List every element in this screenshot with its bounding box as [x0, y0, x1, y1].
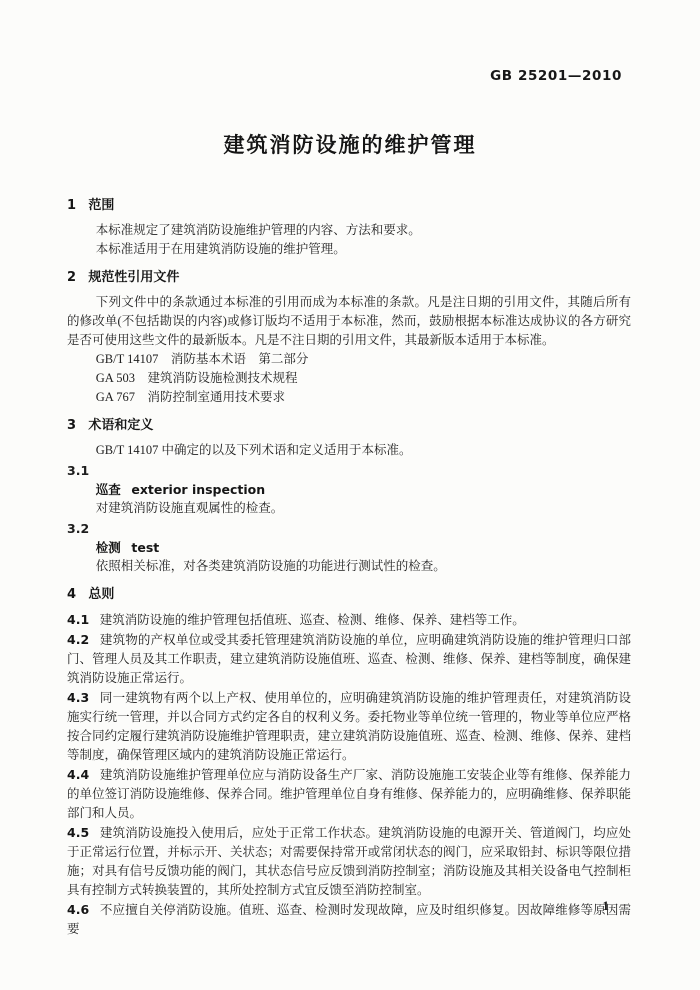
clause-text: 建筑物的产权单位或受其委托管理建筑消防设施的单位，应明确建筑消防设施的维护管理归…: [67, 633, 631, 685]
section-1-title: 范围: [88, 198, 114, 213]
clause-number: 4.4: [67, 767, 89, 782]
clause-4-5: 4.5建筑消防设施投入使用后，应处于正常工作状态。建筑消防设施的电源开关、管道阀…: [67, 823, 631, 900]
section-1-number: 1: [67, 198, 76, 213]
term-definition: 对建筑消防设施直观属性的检查。: [67, 499, 631, 518]
document-page: GB 25201—2010 建筑消防设施的维护管理 1范围 本标准规定了建筑消防…: [0, 0, 700, 990]
section-2-title: 规范性引用文件: [88, 270, 179, 285]
term-entry: 巡查exterior inspection: [67, 480, 631, 499]
clause-4-4: 4.4建筑消防设施维护管理单位应与消防设备生产厂家、消防设施施工安装企业等有维修…: [67, 765, 631, 823]
reference-item: GA 767 消防控制室通用技术要求: [67, 388, 631, 407]
clause-text: 建筑消防设施维护管理单位应与消防设备生产厂家、消防设施施工安装企业等有维修、保养…: [67, 768, 631, 820]
section-2-number: 2: [67, 270, 76, 285]
term-entry: 检测test: [67, 538, 631, 557]
clause-number: 4.1: [67, 612, 89, 627]
clause-number: 4.3: [67, 690, 89, 705]
term-name-en: exterior inspection: [131, 482, 265, 497]
section-3-number: 3: [67, 418, 76, 433]
term-name-cn: 巡查: [96, 482, 121, 497]
section-2-heading: 2规范性引用文件: [67, 268, 631, 287]
standard-code: GB 25201—2010: [67, 68, 622, 84]
reference-item: GA 503 建筑消防设施检测技术规程: [67, 369, 631, 388]
clause-number: 4.5: [67, 825, 89, 840]
term-name-cn: 检测: [96, 540, 121, 555]
section-3-title: 术语和定义: [88, 418, 153, 433]
scope-paragraph-2: 本标准适用于在用建筑消防设施的维护管理。: [67, 240, 631, 259]
section-4-title: 总则: [88, 587, 114, 602]
clause-text: 建筑消防设施的维护管理包括值班、巡查、检测、维修、保养、建档等工作。: [100, 613, 525, 627]
terms-intro: GB/T 14107 中确定的以及下列术语和定义适用于本标准。: [67, 441, 631, 460]
page-number: 1: [67, 898, 617, 914]
clause-4-1: 4.1建筑消防设施的维护管理包括值班、巡查、检测、维修、保养、建档等工作。: [67, 610, 631, 630]
scope-paragraph-1: 本标准规定了建筑消防设施维护管理的内容、方法和要求。: [67, 221, 631, 240]
term-number: 3.1: [67, 461, 631, 480]
document-title: 建筑消防设施的维护管理: [0, 129, 700, 159]
clause-4-2: 4.2建筑物的产权单位或受其委托管理建筑消防设施的单位，应明确建筑消防设施的维护…: [67, 630, 631, 688]
clause-text: 同一建筑物有两个以上产权、使用单位的，应明确建筑消防设施的维护管理责任，对建筑消…: [67, 691, 631, 762]
clause-4-3: 4.3同一建筑物有两个以上产权、使用单位的，应明确建筑消防设施的维护管理责任，对…: [67, 688, 631, 765]
clause-text: 建筑消防设施投入使用后，应处于正常工作状态。建筑消防设施的电源开关、管道阀门，均…: [67, 826, 631, 897]
normative-refs-intro: 下列文件中的条款通过本标准的引用而成为本标准的条款。凡是注日期的引用文件，其随后…: [67, 293, 631, 350]
reference-item: GB/T 14107 消防基本术语 第二部分: [67, 350, 631, 369]
section-3-heading: 3术语和定义: [67, 416, 631, 435]
term-name-en: test: [131, 540, 159, 555]
term-number: 3.2: [67, 519, 631, 538]
section-4-heading: 4总则: [67, 585, 631, 604]
term-definition: 依照相关标准，对各类建筑消防设施的功能进行测试性的检查。: [67, 557, 631, 576]
document-body: 1范围 本标准规定了建筑消防设施维护管理的内容、方法和要求。 本标准适用于在用建…: [67, 196, 631, 939]
section-1-heading: 1范围: [67, 196, 631, 215]
section-4-number: 4: [67, 587, 76, 602]
clause-number: 4.2: [67, 632, 89, 647]
